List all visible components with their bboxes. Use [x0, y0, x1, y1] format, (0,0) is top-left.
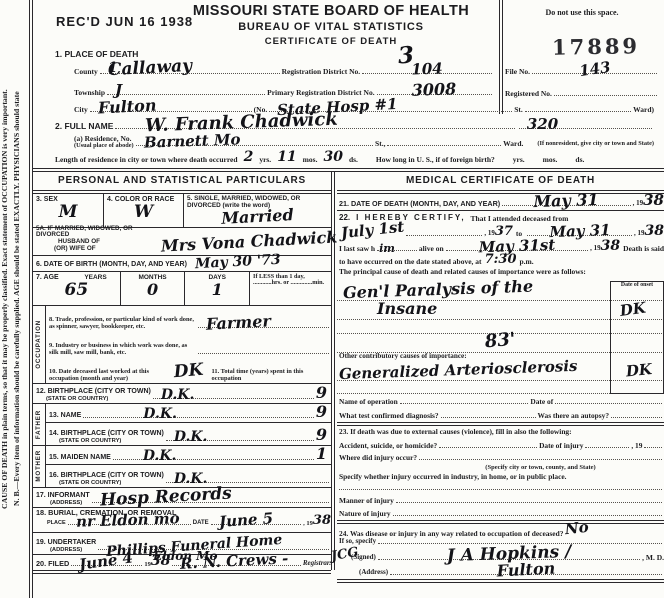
last-saw-alive-row: I last saw h im alive on May 31st , 19 3…: [337, 240, 664, 255]
birthplace-line: D.K.: [153, 396, 314, 399]
lastsaw-year-prefix: , 19: [590, 245, 601, 255]
father-birthplace-line: D.K.: [166, 438, 314, 441]
death-certificate-document: N. B.—Every item of information should b…: [0, 0, 664, 598]
personal-column-header: PERSONAL AND STATISTICAL PARTICULARS: [33, 172, 331, 190]
spouse-label-stack: 5A. IF MARRIED, WIDOWED, OR DIVORCED HUS…: [33, 224, 161, 255]
township-line: J: [107, 92, 265, 95]
mother-fields: 15. MAIDEN NAME D.K. 1 16. BIRTHPLACE (C…: [46, 446, 331, 487]
file-no-label: File No.: [505, 68, 530, 78]
spouse-label-1: 5A. IF MARRIED, WIDOWED, OR DIVORCED: [36, 226, 161, 240]
burial-year-prefix: , 19: [303, 520, 313, 529]
age-less-than-day-note: If LESS than 1 day, ............hrs. or …: [249, 272, 331, 305]
birthplace-field: 12. BIRTHPLACE (CITY OR TOWN) (STATE OR …: [33, 384, 331, 404]
residence-sublabel: (Usual place of abode): [74, 143, 134, 150]
signed-line: J A Hopkins /: [378, 557, 640, 560]
informant-label-stack: 17. INFORMANT (ADDRESS): [33, 491, 90, 507]
page-subtitle: BUREAU OF VITAL STATISTICS: [168, 22, 494, 34]
cause-of-death-block: Date of onset Gen'l Paralysis of the Ins…: [337, 281, 664, 394]
nature-of-injury-label: Nature of injury: [337, 510, 391, 520]
residence-line: Barnett Mo: [136, 143, 373, 146]
medical-certificate-column: MEDICAL CERTIFICATE OF DEATH 21. DATE OF…: [337, 172, 664, 583]
margin-note-line1: N. B.—Every item of information should b…: [13, 0, 26, 598]
contributory-row: Generalized Arteriosclerosis DK: [337, 364, 664, 381]
father-side-label-cell: FATHER: [33, 404, 46, 445]
undertaker-label-stack: 19. UNDERTAKER (ADDRESS): [33, 538, 96, 554]
occurred-time-row: to have occurred on the date stated abov…: [337, 255, 664, 268]
birthplace-label: 12. BIRTHPLACE (CITY OR TOWN): [36, 388, 151, 396]
date-of-death-field: 21. DATE OF DEATH (MONTH, DAY, AND YEAR)…: [337, 194, 664, 211]
date-of-birth-field: 6. DATE OF BIRTH (MONTH, DAY, AND YEAR) …: [33, 256, 331, 272]
industry-label: 9. Industry or business in which work wa…: [46, 342, 196, 358]
mother-birthplace-sublabel: (STATE OR COUNTRY): [49, 480, 164, 486]
informant-label: 17. INFORMANT: [36, 492, 90, 500]
mother-birthplace-line: D.K.: [166, 480, 329, 483]
cause-value-line2: Insane: [337, 301, 437, 319]
accident-row: Accident, suicide, or homicide? Date of …: [337, 439, 664, 452]
md-label: , M. D.: [642, 554, 664, 564]
filed-date-line: June 4: [71, 563, 142, 566]
date-of-birth-value: May 30 '73: [195, 253, 281, 273]
page-title: MISSOURI STATE BOARD OF HEALTH: [168, 4, 494, 20]
father-name-field: 13. NAME D.K. 9: [46, 404, 331, 423]
industry-field: 9. Industry or business in which work wa…: [46, 332, 331, 358]
residence-value: Barnett Mo: [143, 132, 240, 150]
father-birthplace-margin-mark: 9: [316, 427, 331, 445]
address-line: Fulton: [390, 572, 662, 575]
filed-label: 20. FILED: [33, 560, 69, 570]
primary-district-value: 3008: [412, 81, 457, 99]
county-row: County Callaway 1 Registration District …: [74, 58, 494, 78]
township-value: J: [115, 83, 122, 98]
color-race-value: W: [107, 204, 180, 221]
father-group: FATHER 13. NAME D.K. 9 14. BIRTHPLACE (C…: [33, 404, 331, 446]
registrar-signature-value: R. N. Crews -: [180, 551, 289, 572]
nature-of-injury-row: Nature of injury: [337, 507, 664, 520]
age-label: 7. AGE: [36, 274, 59, 282]
contributory-onset-value: DK: [625, 361, 657, 381]
ds-label: ds.: [349, 156, 358, 166]
father-birthplace-value: D.K.: [174, 430, 208, 444]
informant-line: Hosp Records: [92, 500, 329, 503]
do-not-use-label: Do not use this space.: [505, 9, 659, 18]
to-year-prefix: , 19: [634, 230, 645, 240]
undertaker-label: 19. UNDERTAKER: [36, 539, 96, 547]
manner-of-injury-line: [396, 500, 662, 503]
county-label: County: [74, 68, 98, 78]
residence-st-label: St.,: [375, 140, 385, 150]
full-name-line: W. Frank Chadwick: [115, 126, 514, 129]
registered-no-line: [554, 93, 657, 96]
last-saw-date-line: May 31st: [446, 248, 589, 251]
city-st-line: [525, 109, 631, 112]
registration-district-value: 104: [411, 61, 443, 77]
father-birthplace-sublabel: (STATE OR COUNTRY): [49, 438, 164, 444]
full-name-number-line: 320: [519, 126, 652, 129]
burial-year-value: 38: [313, 514, 331, 529]
autopsy-label: Was there an autopsy?: [538, 412, 610, 422]
lastsaw-year-value: 38: [601, 239, 620, 255]
birthplace-margin-mark: 9: [316, 385, 331, 403]
operation-label: Name of operation: [337, 398, 398, 408]
registration-district-line: 104: [362, 71, 492, 74]
burial-field: 18. BURIAL, CREMATION, OR REMOVAL PLACE …: [33, 508, 331, 533]
injury-date-line: [585, 445, 629, 448]
age-years-field: 7. AGE YEARS 65: [33, 272, 120, 305]
last-worked-label: 10. Date deceased last worked at this oc…: [46, 368, 174, 384]
cause-squiggle-mark: 83': [484, 331, 516, 354]
spare-dotted-row: [337, 485, 664, 494]
file-no-value: 143: [578, 60, 611, 79]
length-of-residence-row: Length of residence in city or town wher…: [55, 151, 654, 166]
undertaker-line: Phillips Funeral Home Eldon Mo: [98, 547, 329, 550]
spare-dotted-line: [339, 487, 662, 490]
birthplace-label-stack: 12. BIRTHPLACE (CITY OR TOWN) (STATE OR …: [33, 387, 151, 403]
spouse-field: 5A. IF MARRIED, WIDOWED, OR DIVORCED HUS…: [33, 228, 331, 256]
registration-district-label: Registration District No.: [282, 68, 361, 78]
certificate-number-stamp: 17889: [552, 35, 640, 59]
burial-date-line: June 5: [211, 522, 302, 525]
age-days-value: 1: [188, 282, 246, 298]
date-of-death-value: May 31: [534, 192, 600, 210]
birthplace-sublabel: (STATE OR COUNTRY): [36, 396, 151, 402]
burial-place-line: nr Eldon mo: [68, 522, 191, 525]
mother-maiden-name-line: D.K.: [113, 457, 314, 460]
form-header: MISSOURI STATE BOARD OF HEALTH BUREAU OF…: [168, 4, 494, 47]
spouse-label-3: (OR) WIFE OF: [36, 246, 161, 253]
mos-label: mos.: [303, 156, 318, 166]
age-months-value: 0: [124, 282, 182, 298]
file-no-field: File No. 143: [505, 62, 659, 78]
residence-st-line: [387, 143, 501, 146]
dod-year-value: 38: [643, 193, 664, 210]
reserved-box-rule: [499, 0, 503, 114]
father-birthplace-label: 14. BIRTHPLACE (CITY OR TOWN): [49, 430, 164, 438]
industry-line: [198, 351, 329, 354]
mother-birthplace-field: 16. BIRTHPLACE (CITY OR TOWN) (STATE OR …: [46, 465, 331, 487]
informant-value: Hosp Records: [99, 485, 232, 509]
sex-value: M: [36, 204, 100, 221]
injury-year-line: [644, 445, 662, 448]
operation-line: [400, 401, 529, 404]
last-saw-date-value: May 31st: [478, 237, 555, 255]
test-label: What test confirmed diagnosis?: [337, 412, 439, 422]
yrs-label: yrs.: [259, 156, 271, 166]
margin-note-line2: CAUSE OF DEATH in plain terms, so that i…: [1, 0, 14, 598]
mother-side-label-cell: MOTHER: [33, 446, 46, 487]
age-months-field: MONTHS 0: [120, 272, 185, 305]
occupation-side-label-cell: OCCUPATION: [33, 306, 46, 383]
cause-line-2: Insane DK: [337, 301, 664, 320]
death-is-said-label: Death is said: [623, 245, 664, 255]
operation-row: Name of operation Date of: [337, 394, 664, 408]
last-saw-him-line: im: [377, 248, 417, 251]
accident-label: Accident, suicide, or homicide?: [337, 442, 437, 452]
manner-of-injury-row: Manner of injury: [337, 494, 664, 507]
address-row: (Address) Fulton: [337, 564, 664, 579]
burial-place-value: nr Eldon mo: [75, 511, 179, 530]
mother-birthplace-value: D.K.: [174, 472, 208, 486]
county-line: Callaway 1: [100, 71, 280, 74]
injury-year-prefix: , 19: [631, 442, 642, 452]
last-saw-label: I last saw h: [337, 245, 375, 255]
yrs2-label: yrs.: [513, 156, 525, 166]
informant-field: 17. INFORMANT (ADDRESS) Hosp Records: [33, 488, 331, 508]
father-name-line: D.K.: [83, 415, 314, 418]
test-line: [441, 415, 536, 418]
mother-group: MOTHER 15. MAIDEN NAME D.K. 1 16. BIRTHP…: [33, 446, 331, 488]
cause-line-5: [337, 381, 664, 394]
operation-date-of-label: Date of: [530, 398, 553, 408]
address-label: (Address): [337, 569, 388, 579]
cause-line-4: 83': [337, 334, 664, 353]
occupation-related-value: No: [565, 520, 590, 539]
medical-column-header: MEDICAL CERTIFICATE OF DEATH: [337, 172, 664, 190]
father-name-value: D.K.: [143, 407, 177, 421]
attended-from-line: [406, 233, 482, 236]
filed-field: 20. FILED June 4 19 38 R. N. Crews - Reg…: [33, 555, 331, 570]
county-extra-mark: 1: [108, 61, 274, 75]
mother-birthplace-label-stack: 16. BIRTHPLACE (CITY OR TOWN) (STATE OR …: [46, 471, 164, 487]
trade-label: 8. Trade, profession, or particular kind…: [46, 316, 196, 332]
registrar-signature-line: R. N. Crews -: [172, 563, 300, 566]
mother-maiden-name-value: D.K.: [143, 449, 177, 463]
mother-maiden-name-margin-mark: 1: [316, 446, 331, 464]
birthplace-value: D.K.: [161, 388, 195, 402]
father-name-margin-mark: 9: [316, 404, 331, 422]
total-time-label: 11. Total time (years) spent in this occ…: [204, 368, 331, 384]
file-no-line: 143: [532, 71, 657, 74]
mother-side-label: MOTHER: [36, 450, 43, 482]
father-side-label: FATHER: [36, 410, 43, 439]
where-injury-line: [419, 457, 662, 460]
registrar-label: Registrar.: [303, 560, 331, 570]
burial-place-label: PLACE: [33, 521, 66, 529]
length-label: Length of residence in city or town wher…: [55, 156, 238, 166]
trade-value: Farmer: [206, 313, 272, 332]
burial-date-value: June 5: [218, 511, 273, 530]
father-birthplace-label-stack: 14. BIRTHPLACE (CITY OR TOWN) (STATE OR …: [46, 429, 164, 445]
burial-date-label: DATE: [193, 520, 209, 528]
undertaker-sublabel: (ADDRESS): [36, 547, 96, 553]
date-of-injury-label: Date of injury: [539, 442, 583, 452]
occupation-fields: 8. Trade, profession, or particular kind…: [46, 306, 331, 383]
length-yrs-value: 2: [244, 150, 254, 166]
informant-sublabel: (ADDRESS): [36, 500, 90, 506]
where-injury-row: Where did injury occur?: [337, 452, 664, 464]
cause-line-1: Gen'l Paralysis of the: [337, 281, 664, 301]
mother-birthplace-label: 16. BIRTHPLACE (CITY OR TOWN): [49, 472, 164, 480]
trade-line: Farmer: [198, 325, 329, 328]
to-year-value: 38: [645, 224, 664, 240]
doc-type-title: CERTIFICATE OF DEATH: [168, 37, 494, 47]
how-long-us-label: How long in U. S., if of foreign birth?: [376, 156, 495, 166]
last-worked-value: DK: [173, 362, 204, 385]
father-fields: 13. NAME D.K. 9 14. BIRTHPLACE (CITY OR …: [46, 404, 331, 445]
address-value: Fulton: [496, 560, 555, 579]
mos2-label: mos.: [543, 156, 558, 166]
date-of-death-label: 21. DATE OF DEATH (MONTH, DAY, AND YEAR): [337, 200, 500, 210]
age-years-value: 65: [36, 282, 117, 299]
age-row: 7. AGE YEARS 65 MONTHS 0 DAYS 1 If LESS …: [33, 272, 331, 306]
attended-to-value: May 31: [549, 223, 611, 240]
sex-field: 3. SEX M: [33, 194, 103, 227]
dod-year-prefix: , 19: [633, 200, 644, 210]
specify-where-label: Specify whether injury occurred in indus…: [337, 473, 664, 485]
color-race-field: 4. COLOR OR RACE W: [103, 194, 183, 227]
external-causes-label: 23. If death was due to external causes …: [337, 426, 664, 439]
marital-status-field: 5. SINGLE, MARRIED, WIDOWED, OR DIVORCED…: [183, 194, 331, 227]
occupation-group: OCCUPATION 8. Trade, profession, or part…: [33, 306, 331, 384]
mother-maiden-name-field: 15. MAIDEN NAME D.K. 1: [46, 446, 331, 465]
personal-particulars-column: PERSONAL AND STATISTICAL PARTICULARS 3. …: [33, 172, 331, 574]
age-days-field: DAYS 1: [184, 272, 249, 305]
ds2-label: ds.: [575, 156, 584, 166]
trade-field: 8. Trade, profession, or particular kind…: [46, 306, 331, 332]
father-birthplace-field: 14. BIRTHPLACE (CITY OR TOWN) (STATE OR …: [46, 423, 331, 445]
where-injury-label: Where did injury occur?: [337, 454, 417, 464]
occupation-side-label: OCCUPATION: [36, 320, 43, 369]
nature-of-injury-line: [393, 513, 662, 516]
occupation-related-row: 24. Was disease or injury in any way rel…: [337, 524, 664, 538]
last-worked-field: 10. Date deceased last worked at this oc…: [46, 358, 331, 384]
autopsy-line: [611, 415, 662, 418]
nonresident-note: (If nonresident, give city or town and S…: [537, 141, 654, 150]
residence-row: (a) Residence, No. (Usual place of abode…: [74, 130, 654, 150]
cause-value-line1: Gen'l Paralysis of the: [337, 278, 534, 303]
length-mos-value: 11: [277, 150, 296, 166]
manner-of-injury-label: Manner of injury: [337, 497, 394, 507]
residence-label-stack: (a) Residence, No. (Usual place of abode…: [74, 135, 134, 150]
date-of-birth-label: 6. DATE OF BIRTH (MONTH, DAY, AND YEAR): [33, 261, 187, 271]
mother-maiden-name-label: 15. MAIDEN NAME: [46, 454, 111, 464]
father-name-label: 13. NAME: [46, 412, 81, 422]
accident-line: [439, 445, 537, 448]
date-of-death-line: May 31: [502, 203, 630, 206]
operation-date-line: [555, 401, 662, 404]
burial-place-date-row: PLACE nr Eldon mo DATE June 5 , 19 38: [33, 517, 331, 529]
residence-ward-label: Ward.: [503, 140, 523, 150]
length-ds-value: 30: [323, 150, 342, 166]
alive-on-label: alive on: [419, 245, 444, 255]
test-autopsy-row: What test confirmed diagnosis? Was there…: [337, 408, 664, 422]
last-saw-him-value: im: [379, 243, 395, 254]
cause-onset-value: DK: [619, 300, 651, 321]
